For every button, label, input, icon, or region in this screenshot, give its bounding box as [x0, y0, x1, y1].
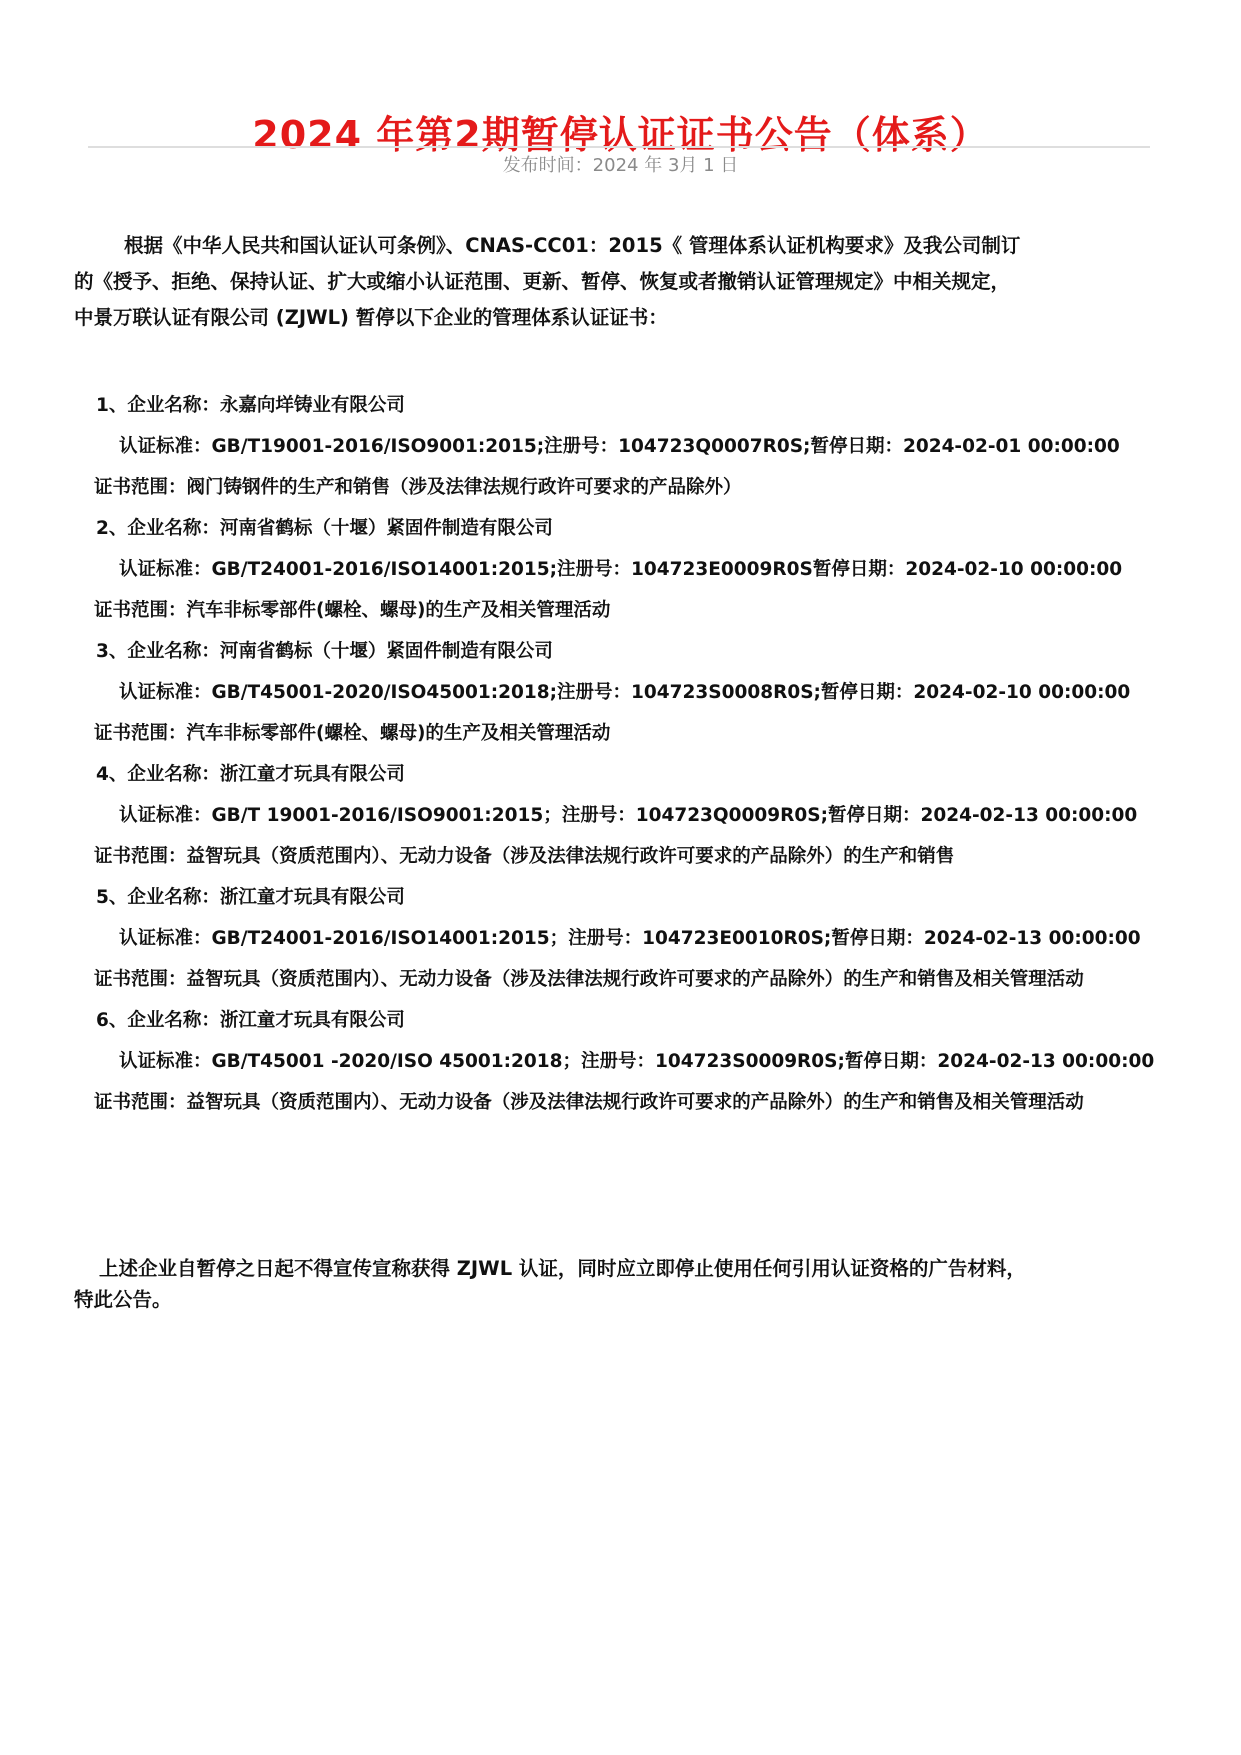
scope-text: 益智玩具（资质范围内）、无动力设备（涉及法律法规行政许可要求的产品除外）的生产和…	[187, 842, 1176, 871]
suspended-certificate-list: 1、企业名称：永嘉向垟铸业有限公司 认证标准：GB/T19001-2016/IS…	[96, 385, 1176, 1123]
intro-line-3: 中景万联认证有限公司 (ZJWL) 暂停以下企业的管理体系认证证书：	[74, 300, 1174, 336]
certification-standard-line: 认证标准：GB/T24001-2016/ISO14001:2015；注册号：10…	[96, 918, 1176, 959]
company-name-line: 3、企业名称：河南省鹤标（十堰）紧固件制造有限公司	[96, 631, 1176, 672]
intro-line-1: 根据《中华人民共和国认证认可条例》、CNAS-CC01：2015《 管理体系认证…	[74, 228, 1174, 264]
company-name: 河南省鹤标（十堰）紧固件制造有限公司	[220, 641, 553, 662]
scope-text: 益智玩具（资质范围内）、无动力设备（涉及法律法规行政许可要求的产品除外）的生产和…	[187, 965, 1176, 994]
scope-label: 证书范围：	[94, 719, 187, 748]
scope-text: 益智玩具（资质范围内）、无动力设备（涉及法律法规行政许可要求的产品除外）的生产和…	[187, 1088, 1176, 1117]
scope-label: 证书范围：	[94, 842, 187, 871]
certification-standard-line: 认证标准：GB/T24001-2016/ISO14001:2015;注册号：10…	[96, 549, 1176, 590]
scope-label: 证书范围：	[94, 965, 187, 994]
certification-standard-line: 认证标准：GB/T45001-2020/ISO45001:2018;注册号：10…	[96, 672, 1176, 713]
company-label: 企业名称：	[127, 764, 220, 785]
closing-line-2: 特此公告。	[74, 1284, 1174, 1315]
list-item: 5、企业名称：浙江童才玩具有限公司 认证标准：GB/T24001-2016/IS…	[96, 877, 1176, 1000]
title-divider	[88, 146, 1150, 148]
company-label: 企业名称：	[127, 518, 220, 539]
company-label: 企业名称：	[127, 1010, 220, 1031]
list-item: 6、企业名称：浙江童才玩具有限公司 认证标准：GB/T45001 -2020/I…	[96, 1000, 1176, 1123]
certificate-scope: 证书范围：汽车非标零部件(螺栓、螺母)的生产及相关管理活动	[94, 590, 1176, 631]
company-name: 河南省鹤标（十堰）紧固件制造有限公司	[220, 518, 553, 539]
scope-label: 证书范围：	[94, 596, 187, 625]
company-name: 浙江童才玩具有限公司	[220, 764, 405, 785]
certification-standard-line: 认证标准：GB/T 19001-2016/ISO9001:2015；注册号：10…	[96, 795, 1176, 836]
entry-index: 5、	[96, 887, 127, 908]
company-label: 企业名称：	[127, 641, 220, 662]
company-name-line: 5、企业名称：浙江童才玩具有限公司	[96, 877, 1176, 918]
company-name-line: 4、企业名称：浙江童才玩具有限公司	[96, 754, 1176, 795]
certificate-scope: 证书范围：汽车非标零部件(螺栓、螺母)的生产及相关管理活动	[94, 713, 1176, 754]
intro-paragraph: 根据《中华人民共和国认证认可条例》、CNAS-CC01：2015《 管理体系认证…	[74, 228, 1174, 336]
entry-index: 1、	[96, 395, 127, 416]
closing-paragraph: 上述企业自暂停之日起不得宣传宣称获得 ZJWL 认证，同时应立即停止使用任何引用…	[74, 1253, 1174, 1315]
list-item: 1、企业名称：永嘉向垟铸业有限公司 认证标准：GB/T19001-2016/IS…	[96, 385, 1176, 508]
certificate-scope: 证书范围：益智玩具（资质范围内）、无动力设备（涉及法律法规行政许可要求的产品除外…	[94, 959, 1176, 1000]
company-name: 浙江童才玩具有限公司	[220, 1010, 405, 1031]
certificate-scope: 证书范围：阀门铸钢件的生产和销售（涉及法律法规行政许可要求的产品除外）	[94, 467, 1176, 508]
company-name-line: 2、企业名称：河南省鹤标（十堰）紧固件制造有限公司	[96, 508, 1176, 549]
list-item: 3、企业名称：河南省鹤标（十堰）紧固件制造有限公司 认证标准：GB/T45001…	[96, 631, 1176, 754]
certification-standard-line: 认证标准：GB/T19001-2016/ISO9001:2015;注册号：104…	[96, 426, 1176, 467]
certificate-scope: 证书范围：益智玩具（资质范围内）、无动力设备（涉及法律法规行政许可要求的产品除外…	[94, 1082, 1176, 1123]
company-name-line: 6、企业名称：浙江童才玩具有限公司	[96, 1000, 1176, 1041]
scope-text: 阀门铸钢件的生产和销售（涉及法律法规行政许可要求的产品除外）	[187, 473, 1176, 502]
entry-index: 2、	[96, 518, 127, 539]
list-item: 4、企业名称：浙江童才玩具有限公司 认证标准：GB/T 19001-2016/I…	[96, 754, 1176, 877]
scope-label: 证书范围：	[94, 1088, 187, 1117]
publish-date: 发布时间：2024 年 3月 1 日	[0, 153, 1241, 179]
scope-text: 汽车非标零部件(螺栓、螺母)的生产及相关管理活动	[187, 596, 1176, 625]
closing-line-1: 上述企业自暂停之日起不得宣传宣称获得 ZJWL 认证，同时应立即停止使用任何引用…	[74, 1253, 1174, 1284]
entry-index: 4、	[96, 764, 127, 785]
scope-label: 证书范围：	[94, 473, 187, 502]
intro-line-2: 的《授予、拒绝、保持认证、扩大或缩小认证范围、更新、暂停、恢复或者撤销认证管理规…	[74, 264, 1174, 300]
certificate-scope: 证书范围：益智玩具（资质范围内）、无动力设备（涉及法律法规行政许可要求的产品除外…	[94, 836, 1176, 877]
company-label: 企业名称：	[127, 395, 220, 416]
entry-index: 3、	[96, 641, 127, 662]
company-label: 企业名称：	[127, 887, 220, 908]
list-item: 2、企业名称：河南省鹤标（十堰）紧固件制造有限公司 认证标准：GB/T24001…	[96, 508, 1176, 631]
entry-index: 6、	[96, 1010, 127, 1031]
company-name-line: 1、企业名称：永嘉向垟铸业有限公司	[96, 385, 1176, 426]
company-name: 永嘉向垟铸业有限公司	[220, 395, 405, 416]
scope-text: 汽车非标零部件(螺栓、螺母)的生产及相关管理活动	[187, 719, 1176, 748]
certification-standard-line: 认证标准：GB/T45001 -2020/ISO 45001:2018；注册号：…	[96, 1041, 1176, 1082]
company-name: 浙江童才玩具有限公司	[220, 887, 405, 908]
